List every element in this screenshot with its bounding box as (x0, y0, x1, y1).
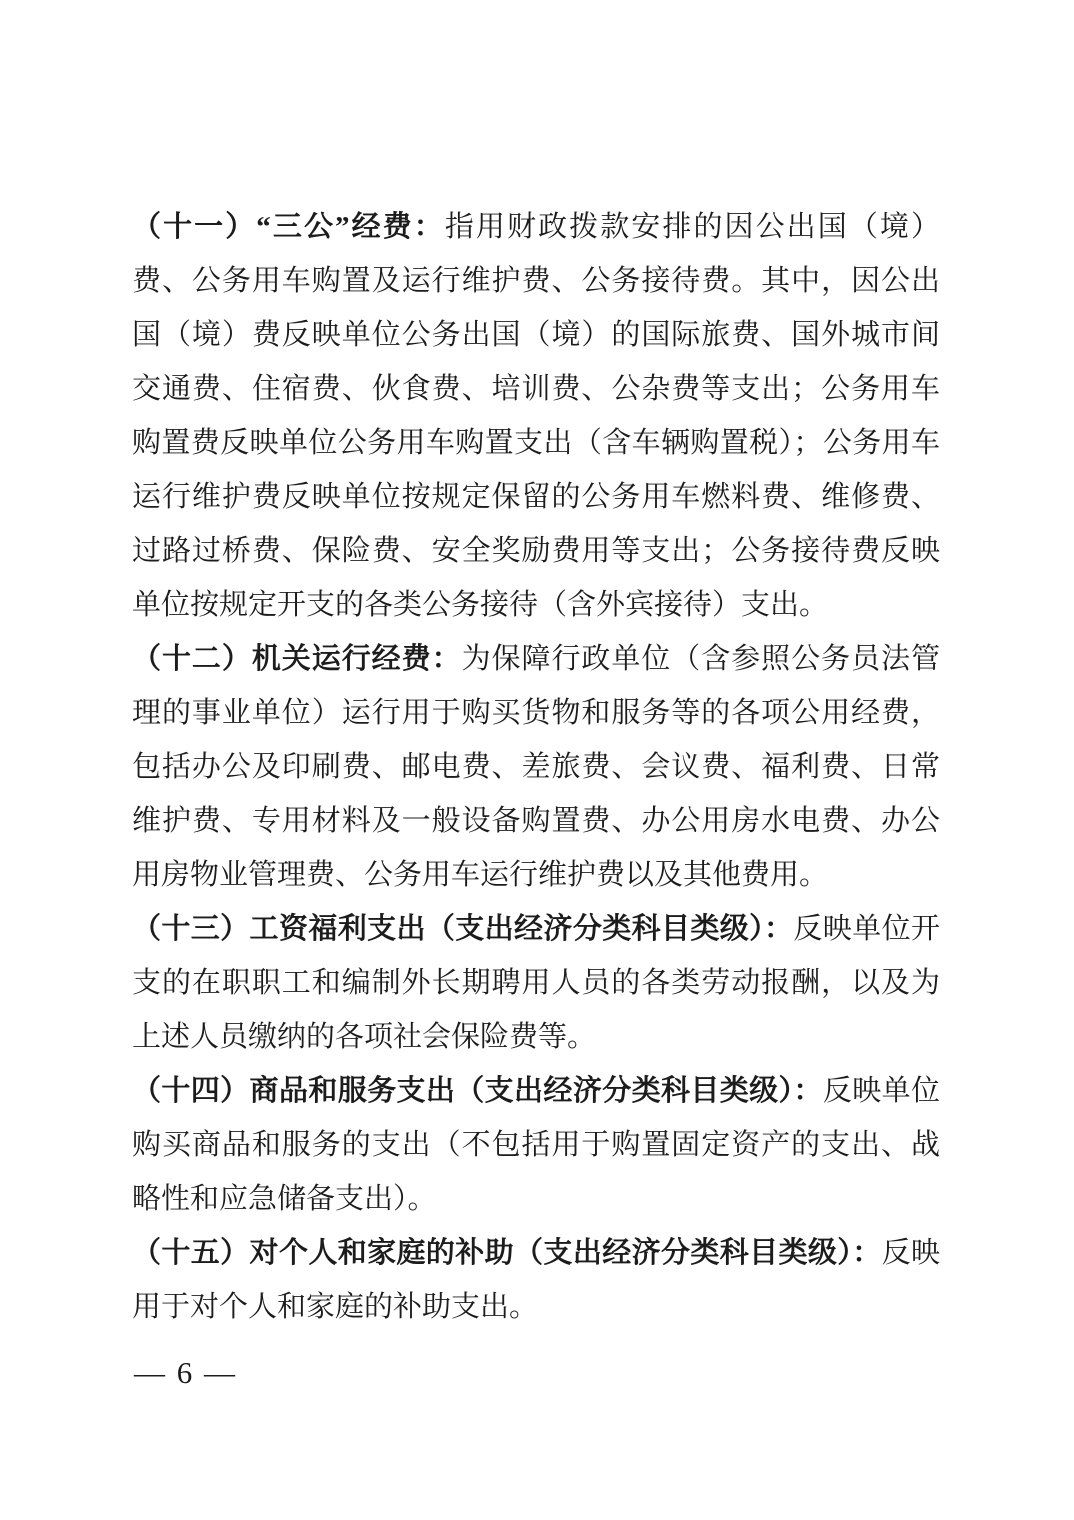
paragraph-item-15: （十五）对个人和家庭的补助（支出经济分类科目类级）：反映用于对个人和家庭的补助支… (132, 1226, 940, 1334)
page-number: — 6 — (134, 1346, 237, 1400)
paragraph-item-12: （十二）机关运行经费：为保障行政单位（含参照公务员法管理的事业单位）运行用于购买… (132, 632, 940, 902)
paragraph-lead-14: （十四）商品和服务支出（支出经济分类科目类级）： (132, 1075, 823, 1107)
paragraph-lead-15: （十五）对个人和家庭的补助（支出经济分类科目类级）： (132, 1237, 882, 1269)
paragraph-lead-13: （十三）工资福利支出（支出经济分类科目类级）： (132, 913, 793, 945)
paragraph-item-13: （十三）工资福利支出（支出经济分类科目类级）：反映单位开支的在职职工和编制外长期… (132, 902, 940, 1064)
paragraph-body-12: 为保障行政单位（含参照公务员法管理的事业单位）运行用于购买货物和服务等的各项公用… (132, 643, 940, 891)
paragraph-item-14: （十四）商品和服务支出（支出经济分类科目类级）：反映单位购买商品和服务的支出（不… (132, 1064, 940, 1226)
paragraph-body-11: 指用财政拨款安排的因公出国（境）费、公务用车购置及运行维护费、公务接待费。其中，… (132, 211, 940, 621)
paragraph-lead-11: （十一）“三公”经费： (132, 211, 445, 243)
paragraph-item-11: （十一）“三公”经费：指用财政拨款安排的因公出国（境）费、公务用车购置及运行维护… (132, 200, 940, 632)
paragraph-lead-12: （十二）机关运行经费： (132, 643, 462, 675)
document-body-text: （十一）“三公”经费：指用财政拨款安排的因公出国（境）费、公务用车购置及运行维护… (132, 200, 940, 1334)
document-page: （十一）“三公”经费：指用财政拨款安排的因公出国（境）费、公务用车购置及运行维护… (0, 0, 1074, 1520)
